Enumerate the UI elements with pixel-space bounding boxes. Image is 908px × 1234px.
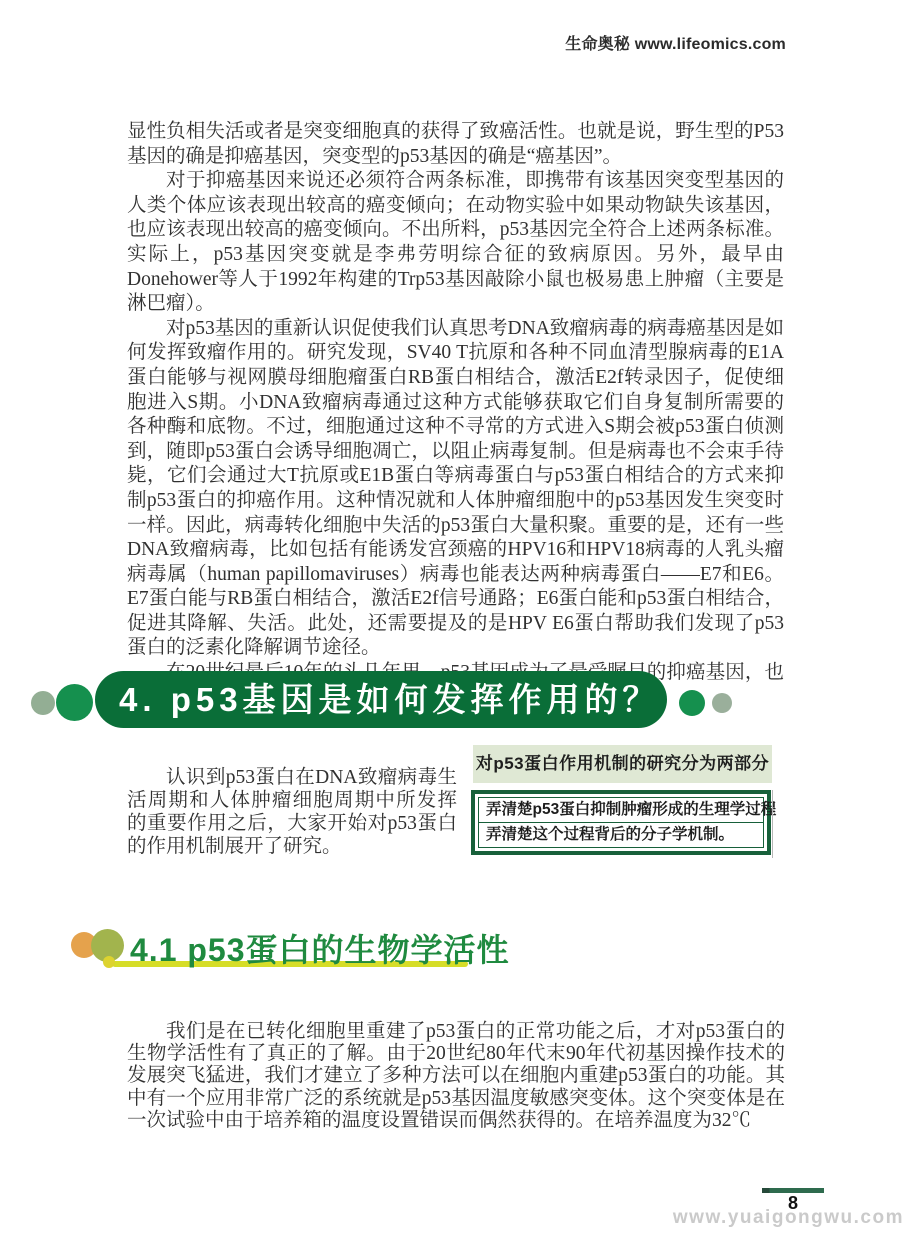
deco-circle-green-right xyxy=(679,690,705,716)
section41-heading-text: 4.1 p53蛋白的生物学活性 xyxy=(130,925,510,971)
deco-circle-sage-left xyxy=(31,691,55,715)
panel-box-inner: 弄清楚p53蛋白抑制肿瘤形成的生理学过程 弄清楚这个过程背后的分子学机制。 xyxy=(478,797,764,848)
deco-circle-sage-right xyxy=(712,693,732,713)
deco-circle-yellow xyxy=(103,956,115,968)
section41-heading-band: 4.1 p53蛋白的生物学活性 xyxy=(0,925,908,975)
section4-heading-band: 4. p53基因是如何发挥作用的？ xyxy=(0,664,908,736)
section4-heading-text: 4. p53基因是如何发挥作用的？ xyxy=(119,681,661,718)
section4-intro-paragraph: 认识到p53蛋白在DNA致瘤病毒生活周期和人体肿瘤细胞周期中所发挥的重要作用之后… xyxy=(127,766,457,858)
header-brand: 生命奥秘 www.lifeomics.com xyxy=(565,31,786,54)
panel-title: 对p53蛋白作用机制的研究分为两部分 xyxy=(473,745,772,783)
watermark: www.yuaigongwu.com xyxy=(673,1207,904,1229)
panel-box: 弄清楚p53蛋白抑制肿瘤形成的生理学过程 弄清楚这个过程背后的分子学机制。 xyxy=(471,790,771,855)
deco-circle-green-left xyxy=(56,684,93,721)
panel-item: 弄清楚p53蛋白抑制肿瘤形成的生理学过程 xyxy=(479,798,763,823)
document-page: 生命奥秘 www.lifeomics.com 显性负相失活或者是突变细胞真的获得… xyxy=(0,0,908,1234)
paragraph: 对于抑癌基因来说还必须符合两条标准，即携带有该基因突变型基因的人类个体应该表现出… xyxy=(127,169,784,317)
panel-item: 弄清楚这个过程背后的分子学机制。 xyxy=(479,823,763,847)
article-top: 显性负相失活或者是突变细胞真的获得了致癌活性。也就是说，野生型的P53基因的确是… xyxy=(127,120,784,710)
mechanism-panel: 对p53蛋白作用机制的研究分为两部分 弄清楚p53蛋白抑制肿瘤形成的生理学过程 … xyxy=(471,745,805,860)
panel-edge-line xyxy=(772,790,773,858)
paragraph: 对p53基因的重新认识促使我们认真思考DNA致瘤病毒的病毒癌基因是如何发挥致瘤作… xyxy=(127,317,784,661)
paragraph: 显性负相失活或者是突变细胞真的获得了致癌活性。也就是说，野生型的P53基因的确是… xyxy=(127,120,784,169)
section41-paragraph: 我们是在已转化细胞里重建了p53蛋白的正常功能之后，才对p53蛋白的生物学活性有… xyxy=(127,1021,785,1133)
section4-heading-pill: 4. p53基因是如何发挥作用的？ xyxy=(95,671,667,728)
